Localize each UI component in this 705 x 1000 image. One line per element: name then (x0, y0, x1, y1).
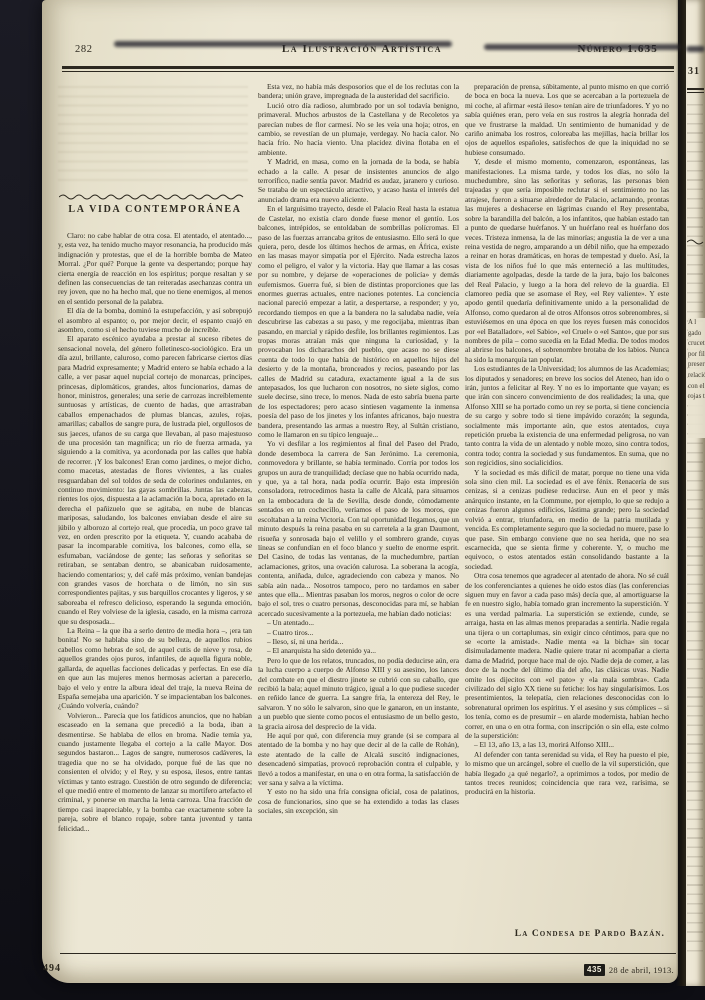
article-heading: LA VIDA CONTEMPORÁNEA (58, 193, 252, 215)
paragraph: Y esto no ha sido una fría consigna ofic… (258, 787, 459, 815)
scan-shadow (686, 46, 705, 52)
dialogue-line: – El 13, año 13, a las 13, morirá Alfons… (465, 740, 669, 749)
next-page-text-fragments: A l gado crucet por fil preser relació c… (688, 318, 705, 438)
text-fragment: rojas t (688, 392, 705, 403)
paragraph: El aparato escénico ayudaba a prestar al… (58, 334, 252, 626)
paragraph: Y Madrid, en masa, como en la jornada de… (258, 157, 459, 204)
paragraph: En el larguísimo trayecto, desde el Pala… (258, 204, 459, 439)
dialogue-line: – Cuatro tiros... (258, 628, 459, 637)
issue-badge: 435 (584, 964, 605, 976)
text-fragment: crucet (688, 339, 705, 350)
paragraph: El día de la bomba, dominó la estupefacc… (58, 306, 252, 334)
header-double-rule (62, 66, 674, 72)
footer-issue-date: 435 28 de abril, 1913. (584, 964, 674, 976)
text-fragment: preser (688, 360, 705, 371)
next-page-rule (687, 88, 704, 93)
article-title: LA VIDA CONTEMPORÁNEA (58, 204, 252, 215)
text-fragment: A l (688, 318, 705, 329)
paragraph: Los estudiantes de la Universidad; los a… (465, 364, 669, 467)
text-column-3: preparación de prensa, súbitamente, al p… (465, 82, 669, 925)
text-fragment: con el (688, 382, 705, 393)
paragraph: Al defender con tanta serenidad su vida,… (465, 750, 669, 797)
paragraph: Esta vez, no había más desposorios que e… (258, 82, 459, 101)
paragraph: He aquí por qué, con diferencia muy gran… (258, 731, 459, 787)
next-page-number: 31 (688, 66, 700, 77)
paragraph: Lució otro día radioso, alumbrado por un… (258, 101, 459, 157)
folio-number: 494 (43, 963, 61, 974)
paragraph: Otra cosa tenemos que agradecer al atent… (465, 571, 669, 740)
author-signature: La Condesa de Pardo Bazán. (465, 929, 665, 939)
page-sheet: 282 La Ilustración Artística Número 1.63… (42, 0, 678, 983)
page-showthrough (58, 86, 248, 184)
scan-shadow (484, 44, 705, 50)
text-fragment: por fil (688, 350, 705, 361)
text-fragment: gado (688, 329, 705, 340)
scan-shadow (114, 41, 452, 47)
text-column-2: Esta vez, no había más desposorios que e… (258, 82, 459, 954)
dialogue-line: – El anarquista ha sido detenido ya... (258, 646, 459, 655)
page-number: 282 (75, 44, 93, 55)
next-page-squiggle (687, 238, 704, 245)
paragraph: Yo vi desfilar a los regimientos al fina… (258, 439, 459, 618)
text-fragment: relació (688, 371, 705, 382)
footer-rule (60, 953, 676, 954)
paragraph: La Reina – la que iba a serlo dentro de … (58, 626, 252, 711)
issue-date: 28 de abril, 1913. (609, 965, 674, 975)
text-column-1: Claro: no cabe hablar de otra cosa. El a… (58, 231, 252, 947)
paragraph: Claro: no cabe hablar de otra cosa. El a… (58, 231, 252, 306)
paragraph: preparación de prensa, súbitamente, al p… (465, 82, 669, 157)
paragraph: Volvieron... Parecía que los fatídicos a… (58, 711, 252, 833)
paragraph: Y, desde el mismo momento, comenzaron, e… (465, 157, 669, 364)
page-crease (676, 0, 686, 986)
paragraph: Pero lo que de los relatos, truncados, n… (258, 656, 459, 731)
paragraph: Y la sociedad es más difícil de matar, p… (465, 468, 669, 571)
dialogue-line: – Un atentado... (258, 618, 459, 627)
dialogue-line: – Ileso, sí, ni una herida... (258, 637, 459, 646)
next-page-text-texture (687, 104, 703, 954)
scanned-magazine-page: 282 La Ilustración Artística Número 1.63… (0, 0, 705, 1000)
squiggle-divider (59, 193, 251, 200)
